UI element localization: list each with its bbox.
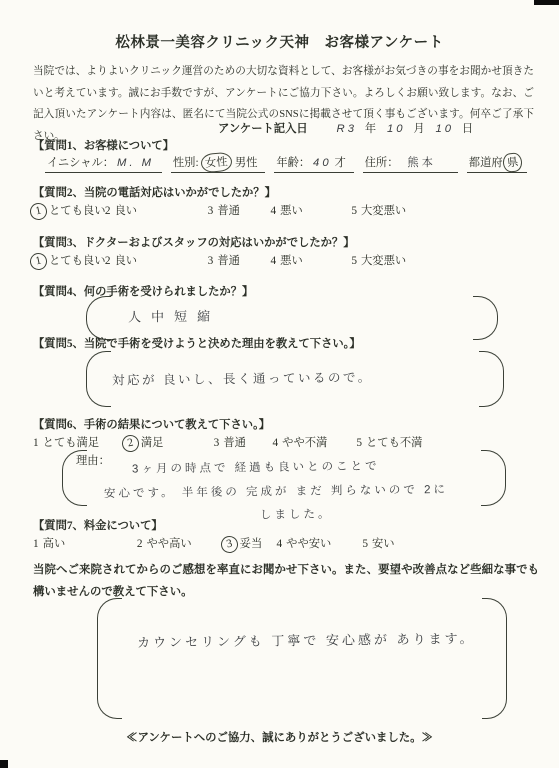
option-number: 5 — [351, 205, 357, 217]
age-unit: 才 — [334, 157, 345, 169]
option-label: とても不満 — [366, 437, 423, 449]
option-number: 2 — [137, 538, 143, 550]
circled-answer-mark: 1 — [28, 251, 48, 271]
q2-option-1: 1とても良い — [30, 202, 102, 220]
footer-thanks: ≪アンケートへのご協力、誠にありがとうございました。≫ — [0, 729, 559, 745]
q7-option-4: 4やや安い — [276, 535, 359, 551]
option-label: 安い — [372, 538, 395, 550]
q6-option-3: 3普通 — [214, 434, 270, 450]
option-number: 2 — [105, 205, 111, 217]
date-year-unit: 年 — [365, 123, 376, 135]
initial-value-handwritten: M. M — [117, 157, 154, 169]
option-label: とても良い — [49, 205, 106, 217]
q4-answer-box: 人中短縮 — [86, 296, 498, 340]
option-label: 大変悪い — [361, 205, 406, 217]
q7-option-3: 3妥当 — [221, 535, 274, 553]
q7-option-2: 2やや高い — [137, 535, 218, 551]
option-label: やや不満 — [282, 437, 327, 449]
q1-fields-row: イニシャル： M. M 性別: 女性 男性 年齢： 40 才 住所： 熊本 都道… — [45, 153, 536, 172]
option-label: 普通 — [217, 205, 240, 217]
comments-prompt: 当院へご来院されてからのご感想を率直にお聞かせ下さい。また、要望や改善点など些細… — [33, 560, 539, 603]
comments-box: カウンセリングも 丁寧で 安心感が あります。 — [97, 598, 507, 719]
gender-male-option: 男性 — [235, 157, 258, 169]
date-day-handwritten: 10 — [436, 123, 455, 135]
circled-answer-mark: 3 — [219, 534, 239, 554]
q3-heading: 【質問3、ドクターおよびスタッフの対応はいかがでしたか？】 — [33, 234, 355, 250]
option-label: 大変悪い — [361, 255, 406, 267]
option-label: 悪い — [280, 255, 303, 267]
option-label: とても良い — [49, 255, 106, 267]
option-number: 5 — [356, 437, 362, 449]
scan-artifact-bottom-left — [0, 760, 8, 768]
q3-option-4: 4悪い — [270, 252, 348, 268]
address-field: 住所： 熊本 — [363, 157, 458, 173]
option-number: 3 — [208, 255, 214, 267]
option-label: とても満足 — [43, 437, 100, 449]
q5-answer-box: 対応が 良いし、長く通っているので。 — [86, 351, 504, 407]
option-number: 1 — [33, 437, 39, 449]
page-title: 松林景一美容クリニック天神 お客様アンケート — [0, 31, 559, 52]
age-value-handwritten: 40 — [313, 157, 332, 169]
option-number: 5 — [351, 255, 357, 267]
q2-option-3: 3普通 — [208, 202, 268, 218]
option-label: 悪い — [280, 205, 303, 217]
scan-artifact-top-right — [534, 0, 559, 5]
option-number: 4 — [270, 255, 276, 267]
date-year-handwritten: R3 — [337, 123, 357, 135]
q6-reason-label: 理由： — [76, 452, 110, 468]
option-number: 2 — [105, 255, 111, 267]
option-label: 高い — [43, 538, 66, 550]
option-label: 妥当 — [240, 538, 263, 550]
q5-answer-handwritten: 対応が 良いし、長く通っているので。 — [112, 367, 373, 388]
prefecture-field: 都道府県 — [467, 157, 527, 173]
option-label: 良い — [114, 255, 137, 267]
prefecture-ken-circled: 県 — [502, 152, 523, 173]
q2-option-5: 5大変悪い — [351, 202, 406, 218]
q3-option-2: 2良い — [105, 252, 205, 268]
q7-options-row: 1高い 2やや高い 3妥当 4やや安い 5安い — [33, 535, 395, 553]
q6-reason-line1-handwritten: 3ヶ月の時点で 経過も良いとのことで — [132, 457, 380, 476]
option-number: 4 — [272, 437, 278, 449]
option-label: 良い — [114, 205, 137, 217]
q3-options-row: 1とても良い 2良い 3普通 4悪い 5大変悪い — [30, 252, 406, 270]
q2-option-4: 4悪い — [270, 202, 348, 218]
comments-answer-handwritten: カウンセリングも 丁寧で 安心感が あります。 — [137, 628, 476, 651]
gender-field: 性別: 女性 男性 — [171, 157, 265, 173]
address-label: 住所： — [365, 157, 399, 169]
option-label: やや安い — [286, 538, 331, 550]
circled-answer-mark: 1 — [28, 201, 48, 221]
option-label: 普通 — [217, 255, 240, 267]
age-field: 年齢： 40 才 — [274, 157, 353, 173]
q3-option-5: 5大変悪い — [351, 252, 406, 268]
initial-field: イニシャル： M. M — [45, 157, 162, 173]
option-number: 3 — [208, 205, 214, 217]
option-label: 満足 — [141, 437, 164, 449]
q6-option-5: 5とても不満 — [356, 434, 422, 450]
address-value-handwritten: 熊本 — [407, 157, 436, 169]
option-number: 4 — [276, 538, 282, 550]
age-label: 年齢： — [276, 157, 310, 169]
q3-option-1: 1とても良い — [30, 252, 102, 270]
option-number: 1 — [33, 538, 39, 550]
q3-option-3: 3普通 — [208, 252, 268, 268]
option-number: 3 — [214, 437, 220, 449]
option-label: 普通 — [223, 437, 246, 449]
initial-label: イニシャル： — [47, 157, 114, 169]
prefecture-label: 都道府 — [469, 157, 503, 169]
q1-heading: 【質問1、お客様について】 — [33, 137, 174, 153]
option-number: 5 — [362, 538, 368, 550]
q6-option-1: 1とても満足 — [33, 434, 119, 450]
option-label: やや高い — [146, 538, 191, 550]
gender-label: 性別: — [173, 157, 199, 169]
q4-answer-handwritten: 人中短縮 — [128, 305, 220, 325]
q2-heading: 【質問2、当院の電話対応はいかがでしたか？】 — [33, 184, 276, 200]
q6-reason-line2-handwritten: 安心です。 半年後の 完成が まだ 判らないので 2に — [104, 481, 448, 501]
date-month-handwritten: 10 — [387, 123, 406, 135]
scanned-survey-page: 松林景一美容クリニック天神 お客様アンケート 当院では、よりよいクリニック運営の… — [0, 0, 559, 768]
q6-reason-box: 理由： 3ヶ月の時点で 経過も良いとのことで 安心です。 半年後の 完成が まだ… — [62, 450, 506, 506]
q6-heading: 【質問6、手術の結果について教えて下さい。】 — [33, 416, 270, 432]
q2-option-2: 2良い — [105, 202, 205, 218]
survey-date-row: アンケート記入日 R3 年 10 月 10 日 — [218, 120, 481, 136]
option-number: 4 — [270, 205, 276, 217]
q7-heading: 【質問7、料金について】 — [33, 517, 163, 533]
q7-option-1: 1高い — [33, 535, 134, 551]
gender-female-circled: 女性 — [201, 152, 233, 174]
q7-option-5: 5安い — [362, 535, 394, 551]
date-day-unit: 日 — [462, 123, 473, 135]
q2-options-row: 1とても良い 2良い 3普通 4悪い 5大変悪い — [30, 202, 406, 220]
q5-heading: 【質問5、当院で手術を受けようと決めた理由を教えて下さい。】 — [33, 335, 361, 351]
q6-reason-line3-handwritten: しました。 — [260, 506, 333, 523]
date-month-unit: 月 — [413, 123, 424, 135]
date-label: アンケート記入日 — [218, 123, 308, 135]
q6-option-4: 4やや不満 — [272, 434, 353, 450]
